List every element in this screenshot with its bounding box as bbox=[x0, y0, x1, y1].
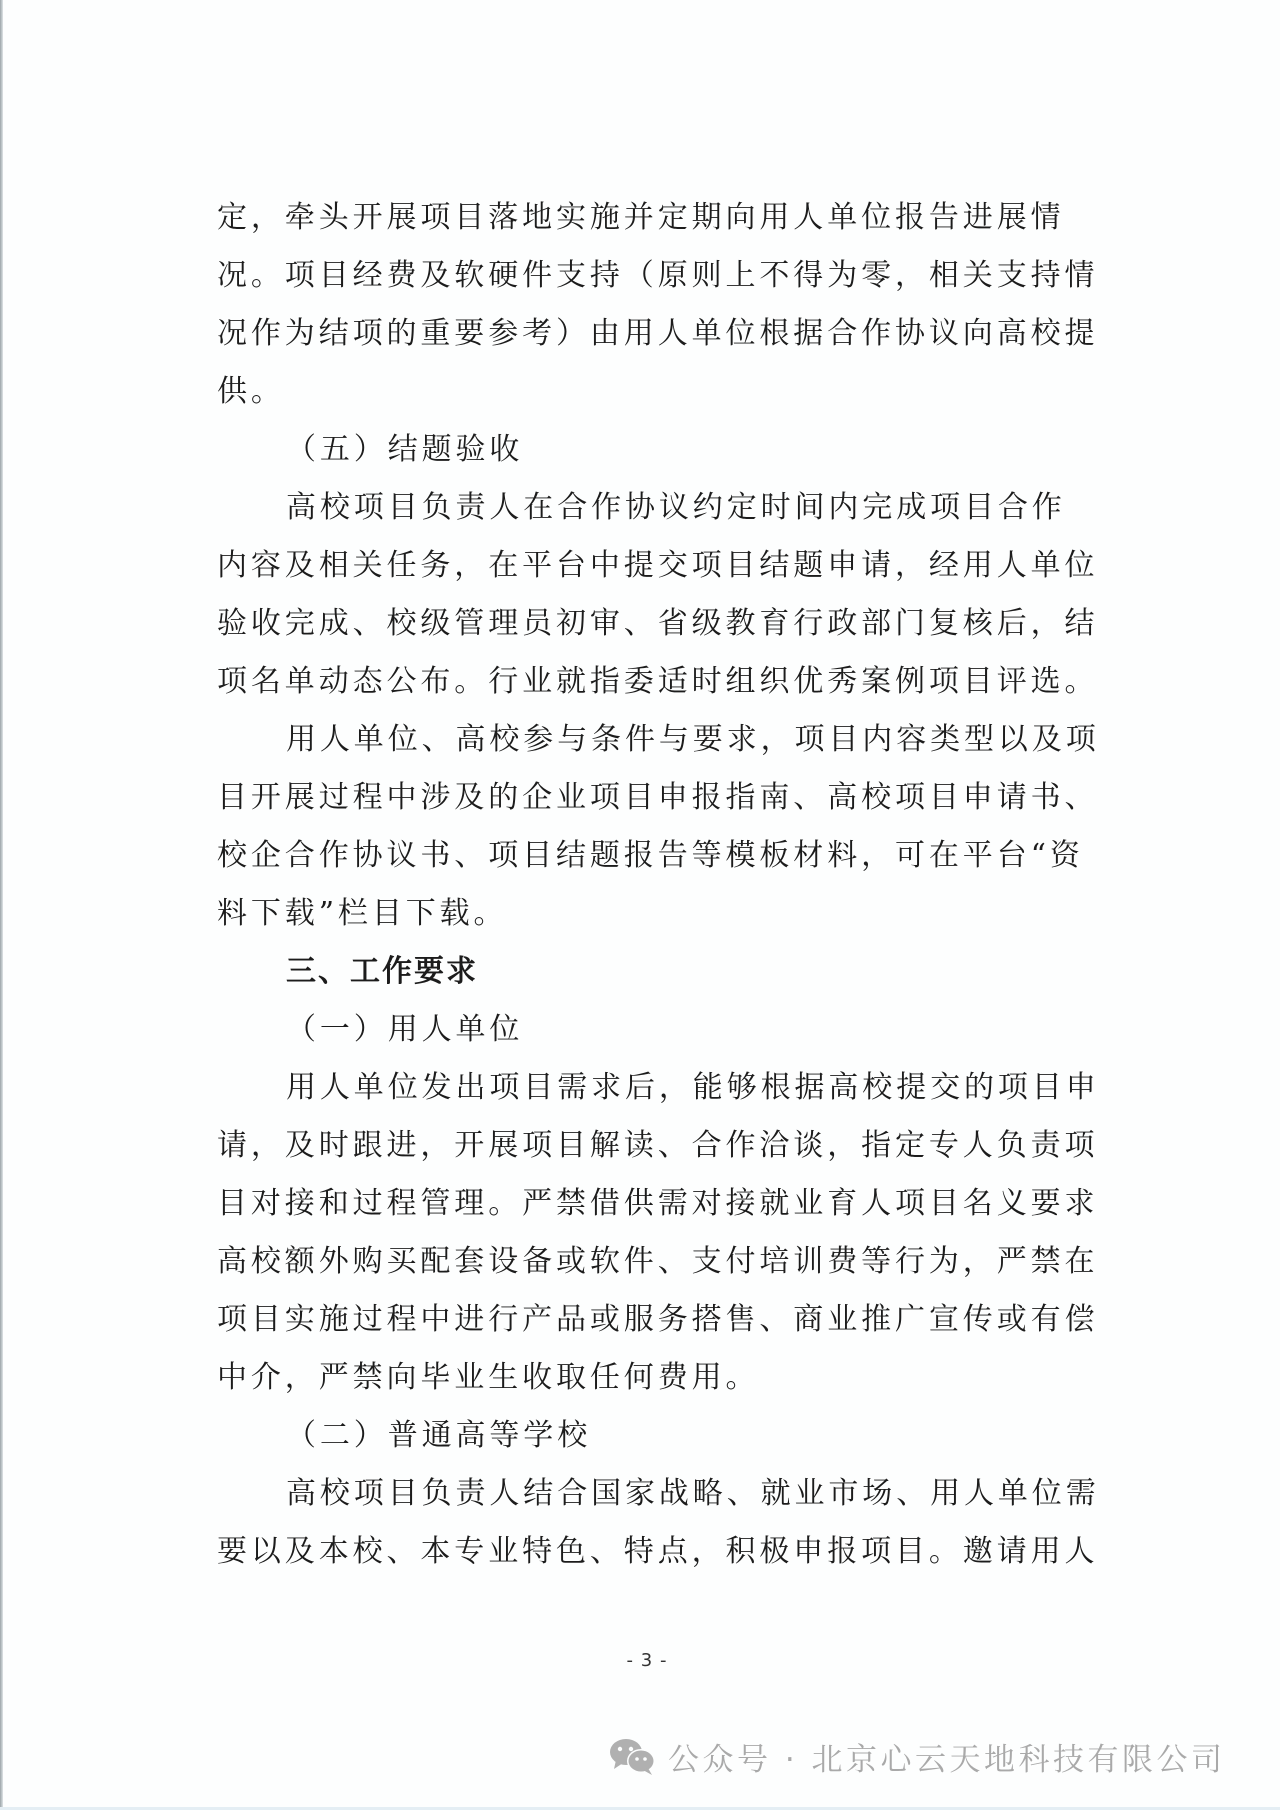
body-line: 况作为结项的重要参考）由用人单位根据合作协议向高校提 bbox=[217, 305, 1077, 363]
body-line: 要以及本校、本专业特色、特点，积极申报项目。邀请用人 bbox=[217, 1523, 1077, 1581]
paragraph-first-line: 用人单位发出项目需求后，能够根据高校提交的项目申 bbox=[217, 1059, 1077, 1117]
section-subheading: （五）结题验收 bbox=[217, 421, 1077, 479]
paragraph-first-line: 高校项目负责人在合作协议约定时间内完成项目合作 bbox=[217, 479, 1077, 537]
section-subheading: （二）普通高等学校 bbox=[217, 1407, 1077, 1465]
paragraph-first-line: 用人单位、高校参与条件与要求，项目内容类型以及项 bbox=[217, 711, 1077, 769]
wechat-icon bbox=[608, 1736, 658, 1776]
scan-left-edge bbox=[0, 0, 3, 1810]
page-number: - 3 - bbox=[0, 1650, 1280, 1671]
body-line: 目对接和过程管理。严禁借供需对接就业育人项目名义要求 bbox=[217, 1175, 1077, 1233]
section-heading: 三、工作要求 bbox=[217, 943, 1077, 1001]
section-subheading: （一）用人单位 bbox=[217, 1001, 1077, 1059]
document-page: 定，牵头开展项目落地实施并定期向用人单位报告进展情 况。项目经费及软硬件支持（原… bbox=[217, 189, 1077, 1581]
body-line: 供。 bbox=[217, 363, 1077, 421]
body-line: 高校额外购买配套设备或软件、支付培训费等行为，严禁在 bbox=[217, 1233, 1077, 1291]
wechat-watermark: 公众号 · 北京心云天地科技有限公司 bbox=[608, 1734, 1226, 1778]
body-line: 况。项目经费及软硬件支持（原则上不得为零，相关支持情 bbox=[217, 247, 1077, 305]
body-line: 项目实施过程中进行产品或服务搭售、商业推广宣传或有偿 bbox=[217, 1291, 1077, 1349]
body-line: 请，及时跟进，开展项目解读、合作洽谈，指定专人负责项 bbox=[217, 1117, 1077, 1175]
body-line: 项名单动态公布。行业就指委适时组织优秀案例项目评选。 bbox=[217, 653, 1077, 711]
body-line: 中介，严禁向毕业生收取任何费用。 bbox=[217, 1349, 1077, 1407]
body-line: 验收完成、校级管理员初审、省级教育行政部门复核后，结 bbox=[217, 595, 1077, 653]
body-line: 校企合作协议书、项目结题报告等模板材料，可在平台“资 bbox=[217, 827, 1077, 885]
body-line: 内容及相关任务，在平台中提交项目结题申请，经用人单位 bbox=[217, 537, 1077, 595]
watermark-text: 公众号 · 北京心云天地科技有限公司 bbox=[668, 1734, 1226, 1779]
paragraph-first-line: 高校项目负责人结合国家战略、就业市场、用人单位需 bbox=[217, 1465, 1077, 1523]
body-line: 定，牵头开展项目落地实施并定期向用人单位报告进展情 bbox=[217, 189, 1077, 247]
body-line: 料下载”栏目下载。 bbox=[217, 885, 1077, 943]
body-line: 目开展过程中涉及的企业项目申报指南、高校项目申请书、 bbox=[217, 769, 1077, 827]
